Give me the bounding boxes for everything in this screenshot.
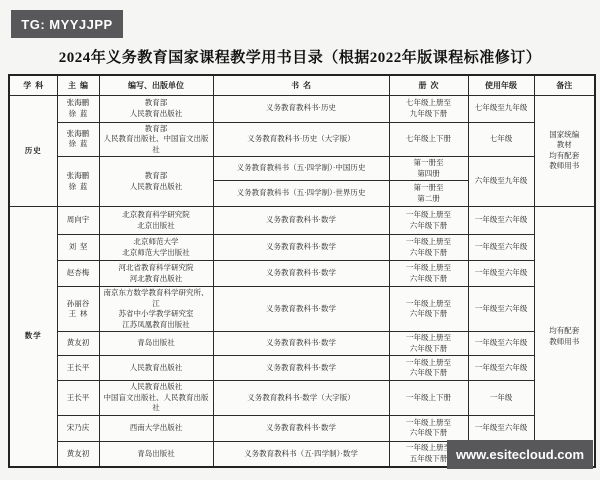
editor-cell: 张海鹏 徐 蓝 bbox=[57, 157, 99, 207]
header-publisher: 编写、出版单位 bbox=[99, 75, 213, 95]
header-grade: 使用年级 bbox=[468, 75, 534, 95]
volume-cell: 七年级上册至 九年级下册 bbox=[389, 95, 468, 122]
book-title-cell: 义务教育教科书·数学 bbox=[213, 261, 389, 287]
book-title-cell: 义务教育教科书（五·四学制）·数学 bbox=[213, 441, 389, 467]
book-title-cell: 义务教育教科书·数学 bbox=[213, 356, 389, 381]
volume-cell: 一年级上册至 六年级下册 bbox=[389, 356, 468, 381]
volume-cell: 一年级上册至 六年级下册 bbox=[389, 235, 468, 261]
table-row: 孙丽谷 王 林 南京东方数学教育科学研究所、江 苏省中小学教学研究室 江苏凤凰教… bbox=[9, 287, 595, 332]
publisher-cell: 南京东方数学教育科学研究所、江 苏省中小学教学研究室 江苏凤凰教育出版社 bbox=[99, 287, 213, 332]
volume-cell: 第一册至 第四册 bbox=[389, 157, 468, 181]
book-title-cell: 义务教育教科书·数学 bbox=[213, 332, 389, 356]
book-title-cell: 义务教育教科书·历史（大字版） bbox=[213, 122, 389, 157]
book-title-cell: 义务教育教科书（五·四学制）·世界历史 bbox=[213, 181, 389, 207]
table-row: 宋乃庆 西南大学出版社 义务教育教科书·数学 一年级上册至 六年级下册 一年级至… bbox=[9, 415, 595, 441]
publisher-cell: 教育部 人民教育出版社 bbox=[99, 157, 213, 207]
grade-cell: 七年级至九年级 bbox=[468, 95, 534, 122]
editor-cell: 刘 坚 bbox=[57, 235, 99, 261]
grade-cell: 一年级至六年级 bbox=[468, 287, 534, 332]
grade-cell: 一年级 bbox=[468, 381, 534, 416]
volume-cell: 七年级上下册 bbox=[389, 122, 468, 157]
grade-cell: 一年级至六年级 bbox=[468, 207, 534, 235]
header-editor: 主 编 bbox=[57, 75, 99, 95]
header-subject: 学 科 bbox=[9, 75, 57, 95]
grade-cell: 一年级至六年级 bbox=[468, 332, 534, 356]
header-note: 备注 bbox=[534, 75, 595, 95]
volume-cell: 一年级上册至 六年级下册 bbox=[389, 261, 468, 287]
volume-cell: 一年级上册至 六年级下册 bbox=[389, 332, 468, 356]
book-title-cell: 义务教育教科书·数学 bbox=[213, 415, 389, 441]
volume-cell: 一年级上下册 bbox=[389, 381, 468, 416]
header-book: 书 名 bbox=[213, 75, 389, 95]
tg-badge: TG: MYYJJPP bbox=[11, 10, 123, 38]
textbook-catalog-table: 学 科 主 编 编写、出版单位 书 名 册 次 使用年级 备注 历史 张海鹏 徐… bbox=[8, 74, 596, 468]
subject-cell-math: 数学 bbox=[9, 207, 57, 468]
publisher-cell: 北京师范大学 北京师范大学出版社 bbox=[99, 235, 213, 261]
volume-cell: 一年级上册至 六年级下册 bbox=[389, 207, 468, 235]
note-cell-history: 国家统编 教材 均有配套 教师用书 bbox=[534, 95, 595, 207]
publisher-cell: 青岛出版社 bbox=[99, 441, 213, 467]
grade-cell: 一年级至六年级 bbox=[468, 235, 534, 261]
book-title-cell: 义务教育教科书·历史 bbox=[213, 95, 389, 122]
volume-cell: 一年级上册至 六年级下册 bbox=[389, 415, 468, 441]
publisher-cell: 人民教育出版社 中国盲文出版社、人民教育出版社 bbox=[99, 381, 213, 416]
book-title-cell: 义务教育教科书·数学（大字版） bbox=[213, 381, 389, 416]
book-title-cell: 义务教育教科书·数学 bbox=[213, 287, 389, 332]
editor-cell: 孙丽谷 王 林 bbox=[57, 287, 99, 332]
table-row: 刘 坚 北京师范大学 北京师范大学出版社 义务教育教科书·数学 一年级上册至 六… bbox=[9, 235, 595, 261]
publisher-cell: 青岛出版社 bbox=[99, 332, 213, 356]
publisher-cell: 西南大学出版社 bbox=[99, 415, 213, 441]
editor-cell: 黄友初 bbox=[57, 332, 99, 356]
table-row: 张海鹏 徐 蓝 教育部 人民教育出版社 义务教育教科书（五·四学制）·中国历史 … bbox=[9, 157, 595, 181]
table-row: 王长平 人民教育出版社 中国盲文出版社、人民教育出版社 义务教育教科书·数学（大… bbox=[9, 381, 595, 416]
editor-cell: 周向宇 bbox=[57, 207, 99, 235]
grade-cell: 一年级至六年级 bbox=[468, 356, 534, 381]
publisher-cell: 北京教育科学研究院 北京出版社 bbox=[99, 207, 213, 235]
editor-cell: 赵杏梅 bbox=[57, 261, 99, 287]
subject-cell-history: 历史 bbox=[9, 95, 57, 207]
editor-cell: 王长平 bbox=[57, 381, 99, 416]
table-row: 历史 张海鹏 徐 蓝 教育部 人民教育出版社 义务教育教科书·历史 七年级上册至… bbox=[9, 95, 595, 122]
publisher-cell: 人民教育出版社 bbox=[99, 356, 213, 381]
grade-cell: 一年级至六年级 bbox=[468, 261, 534, 287]
editor-cell: 张海鹏 徐 蓝 bbox=[57, 95, 99, 122]
table-row: 王长平 人民教育出版社 义务教育教科书·数学 一年级上册至 六年级下册 一年级至… bbox=[9, 356, 595, 381]
table-row: 黄友初 青岛出版社 义务教育教科书·数学 一年级上册至 六年级下册 一年级至六年… bbox=[9, 332, 595, 356]
page-title: 2024年义务教育国家课程教学用书目录（根据2022年版课程标准修订） bbox=[0, 46, 600, 67]
table-row: 张海鹏 徐 蓝 教育部 人民教育出版社、中国盲文出版社 义务教育教科书·历史（大… bbox=[9, 122, 595, 157]
volume-cell: 一年级上册至 六年级下册 bbox=[389, 287, 468, 332]
note-cell-math: 均有配套 教师用书 bbox=[534, 207, 595, 468]
grade-cell: 一年级至六年级 bbox=[468, 415, 534, 441]
grade-cell: 七年级 bbox=[468, 122, 534, 157]
book-title-cell: 义务教育教科书（五·四学制）·中国历史 bbox=[213, 157, 389, 181]
table-header-row: 学 科 主 编 编写、出版单位 书 名 册 次 使用年级 备注 bbox=[9, 75, 595, 95]
watermark-badge: www.esitecloud.com bbox=[447, 440, 593, 469]
grade-cell: 六年级至九年级 bbox=[468, 157, 534, 207]
table-row: 赵杏梅 河北省教育科学研究院 河北教育出版社 义务教育教科书·数学 一年级上册至… bbox=[9, 261, 595, 287]
editor-cell: 黄友初 bbox=[57, 441, 99, 467]
book-title-cell: 义务教育教科书·数学 bbox=[213, 207, 389, 235]
publisher-cell: 教育部 人民教育出版社、中国盲文出版社 bbox=[99, 122, 213, 157]
editor-cell: 王长平 bbox=[57, 356, 99, 381]
volume-cell: 第一册至 第二册 bbox=[389, 181, 468, 207]
publisher-cell: 河北省教育科学研究院 河北教育出版社 bbox=[99, 261, 213, 287]
header-volume: 册 次 bbox=[389, 75, 468, 95]
table-row: 数学 周向宇 北京教育科学研究院 北京出版社 义务教育教科书·数学 一年级上册至… bbox=[9, 207, 595, 235]
editor-cell: 宋乃庆 bbox=[57, 415, 99, 441]
publisher-cell: 教育部 人民教育出版社 bbox=[99, 95, 213, 122]
book-title-cell: 义务教育教科书·数学 bbox=[213, 235, 389, 261]
editor-cell: 张海鹏 徐 蓝 bbox=[57, 122, 99, 157]
